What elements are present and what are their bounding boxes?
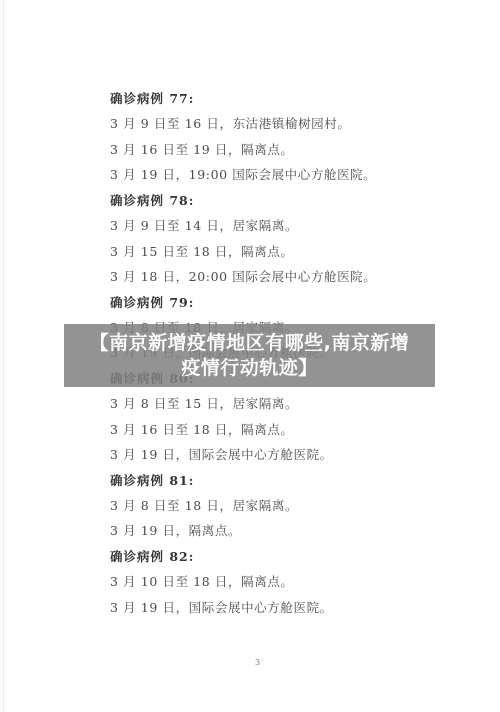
case-entry: 3 月 9 日至 14 日，居家隔离。 <box>110 213 450 238</box>
case-entry: 3 月 19 日，隔离点。 <box>110 518 450 543</box>
case-entry: 3 月 8 日至 18 日，居家隔离。 <box>110 493 450 518</box>
title-banner: 【南京新增疫情地区有哪些,南京新增 疫情行动轨迹】 <box>64 324 435 387</box>
banner-title-line-2: 疫情行动轨迹】 <box>64 356 435 381</box>
case-header: 确诊病例 79: <box>110 290 450 315</box>
case-entry: 3 月 19 日，国际会展中心方舱医院。 <box>110 595 450 620</box>
case-header: 确诊病例 78: <box>110 188 450 213</box>
case-header: 确诊病例 77: <box>110 86 450 111</box>
case-entry: 3 月 16 日至 19 日，隔离点。 <box>110 137 450 162</box>
case-entry: 3 月 9 日至 16 日，东沽港镇榆树园村。 <box>110 111 450 136</box>
banner-title-line-1: 【南京新增疫情地区有哪些,南京新增 <box>64 331 435 356</box>
case-header: 确诊病例 81: <box>110 468 450 493</box>
case-entry: 3 月 10 日至 18 日，隔离点。 <box>110 569 450 594</box>
case-entry: 3 月 8 日至 15 日，居家隔离。 <box>110 391 450 416</box>
case-entry: 3 月 16 日至 18 日，隔离点。 <box>110 417 450 442</box>
case-entry: 3 月 15 日至 18 日，隔离点。 <box>110 239 450 264</box>
document-page: 确诊病例 77: 3 月 9 日至 16 日，东沽港镇榆树园村。 3 月 16 … <box>0 0 500 712</box>
case-entry: 3 月 19 日，19:00 国际会展中心方舱医院。 <box>110 162 450 187</box>
case-header: 确诊病例 82: <box>110 544 450 569</box>
page-number: 3 <box>255 658 260 667</box>
page-edge <box>3 0 4 712</box>
case-entry: 3 月 19 日，国际会展中心方舱医院。 <box>110 442 450 467</box>
case-entry: 3 月 18 日，20:00 国际会展中心方舱医院。 <box>110 264 450 289</box>
